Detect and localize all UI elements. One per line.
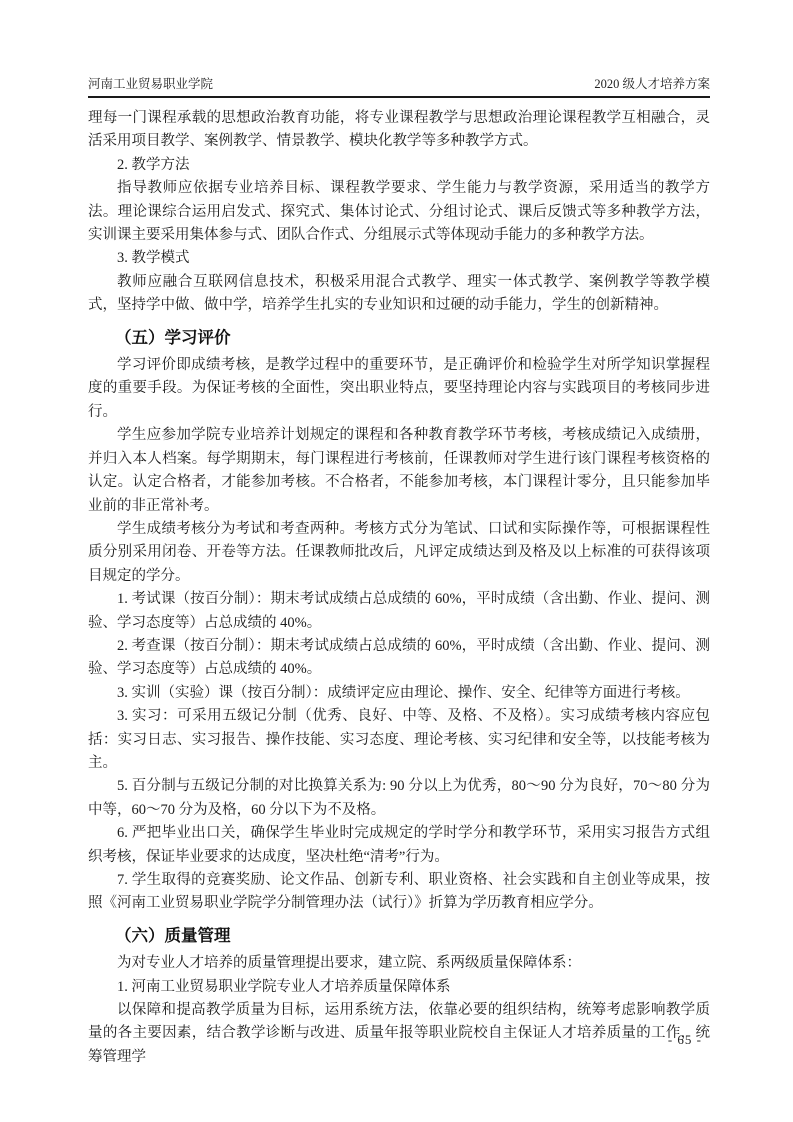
paragraph: 1. 考试课（按百分制）：期末考试成绩占总成绩的 60%，平时成绩（含出勤、作业… (88, 588, 710, 635)
paragraph: 2. 考查课（按百分制）：期末考试成绩占总成绩的 60%，平时成绩（含出勤、作业… (88, 635, 710, 682)
page-content: 河南工业贸易职业学院 2020 级人才培养方案 理每一门课程承载的思想政治教育功… (88, 77, 710, 1069)
paragraph: 5. 百分制与五级记分制的对比换算关系为: 90 分以上为优秀，80～90 分为… (88, 775, 710, 822)
paragraph: 7. 学生取得的竞赛奖励、论文作品、创新专利、职业资格、社会实践和自主创业等成果… (88, 869, 710, 916)
paragraph: 3. 实训（实验）课（按百分制）：成绩评定应由理论、操作、安全、纪律等方面进行考… (88, 682, 710, 705)
section-heading: （五）学习评价 (88, 326, 710, 349)
paragraph: 理每一门课程承载的思想政治教育功能，将专业课程教学与思想政治理论课程教学互相融合… (88, 107, 710, 154)
section-heading: （六）质量管理 (88, 924, 710, 947)
paragraph: 指导教师应依据专业培养目标、课程教学要求、学生能力与教学资源，采用适当的教学方法… (88, 177, 710, 247)
document-paragraphs: 理每一门课程承载的思想政治教育功能，将专业课程教学与思想政治理论课程教学互相融合… (88, 107, 710, 1069)
paragraph: 为对专业人才培养的质量管理提出要求，建立院、系两级质量保障体系： (88, 952, 710, 975)
paragraph: 3. 教学模式 (88, 247, 710, 270)
document-page: 河南工业贸易职业学院 2020 级人才培养方案 理每一门课程承载的思想政治教育功… (0, 0, 793, 1122)
paragraph: 1. 河南工业贸易职业学院专业人才培养质量保障体系 (88, 976, 710, 999)
page-number: - 65 - (668, 1031, 702, 1049)
paragraph: 3. 实习：可采用五级记分制（优秀、良好、中等、及格、不及格）。实习成绩考核内容… (88, 705, 710, 775)
paragraph: 学习评价即成绩考核，是教学过程中的重要环节，是正确评价和检验学生对所学知识掌握程… (88, 354, 710, 424)
paragraph: 学生应参加学院专业培养计划规定的课程和各种教育教学环节考核，考核成绩记入成绩册，… (88, 424, 710, 518)
paragraph: 教师应融合互联网信息技术，积极采用混合式教学、理实一体式教学、案例教学等教学模式… (88, 271, 710, 318)
header-right-title: 2020 级人才培养方案 (594, 77, 710, 91)
page-header: 河南工业贸易职业学院 2020 级人才培养方案 (88, 77, 710, 98)
paragraph: 学生成绩考核分为考试和考查两种。考核方式分为笔试、口试和实际操作等，可根据课程性… (88, 518, 710, 588)
paragraph: 2. 教学方法 (88, 154, 710, 177)
paragraph: 6. 严把毕业出口关，确保学生毕业时完成规定的学时学分和教学环节，采用实习报告方… (88, 822, 710, 869)
header-left-institution: 河南工业贸易职业学院 (88, 77, 213, 91)
paragraph: 以保障和提高教学质量为目标，运用系统方法，依靠必要的组织结构，统筹考虑影响教学质… (88, 999, 710, 1069)
